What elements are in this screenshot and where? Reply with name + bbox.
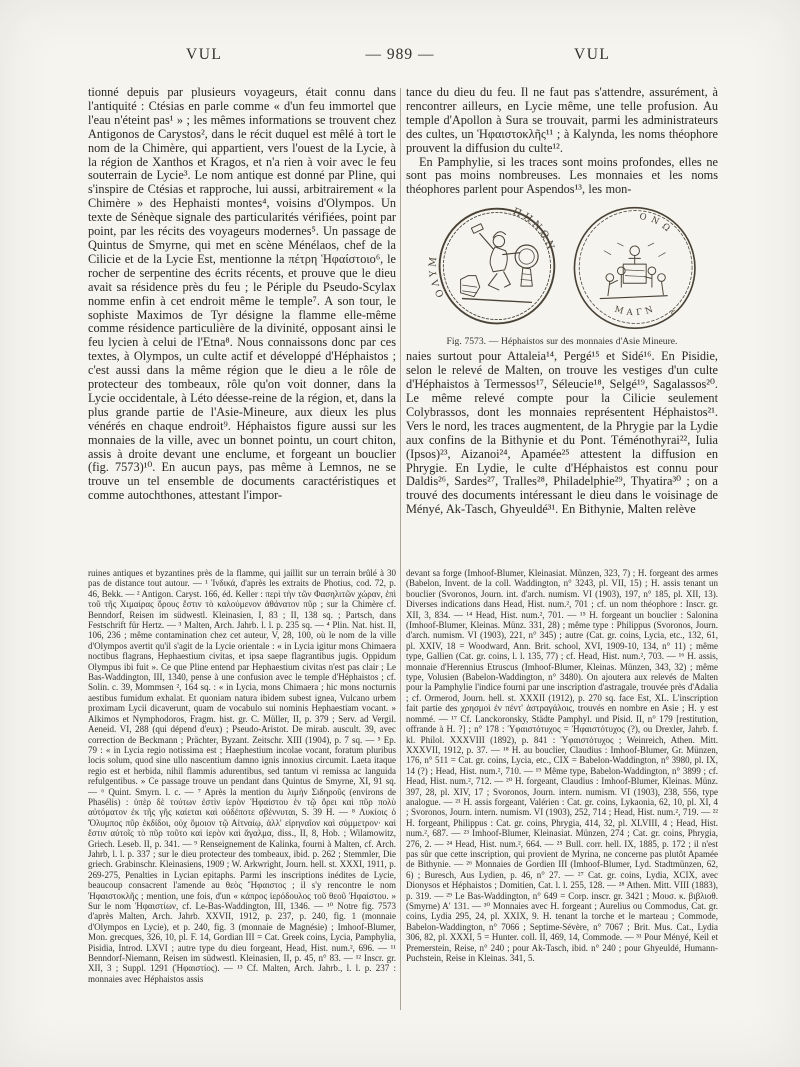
coin-left-engraving: ΟΛΥΜ ΠΗΝΩΝ — [427, 206, 556, 323]
svg-text:ΠΗΝΩΝ: ΠΗΝΩΝ — [511, 206, 557, 253]
coin-figure: ΟΛΥΜ ΠΗΝΩΝ — [406, 201, 718, 347]
figure-caption: Fig. 7573. — Héphaistos sur des monnaies… — [406, 336, 718, 347]
running-title-right: VUL — [574, 46, 610, 64]
footnotes-left-column: ruines antiques et byzantines près de la… — [88, 568, 396, 984]
article-body-right-1: tance du dieu du feu. Il ne faut pas s'a… — [406, 86, 718, 156]
article-body-left: tionné depuis par plusieurs voyageurs, é… — [88, 86, 396, 503]
coin-right-engraver-mark: ε — [671, 307, 675, 316]
left-text-column: tionné depuis par plusieurs voyageurs, é… — [88, 86, 396, 503]
coin-left-legend-right: ΠΗΝΩΝ — [511, 206, 557, 253]
running-title-left: VUL — [186, 46, 222, 64]
column-divider-rule — [400, 88, 401, 1010]
coins-engraving-image: ΟΛΥΜ ΠΗΝΩΝ — [406, 201, 718, 333]
coin-right-legend-top: ΟΝΩ — [638, 212, 675, 237]
svg-text:ΟΝΩ: ΟΝΩ — [638, 212, 675, 237]
right-text-column: tance du dieu du feu. Il ne faut pas s'a… — [406, 86, 718, 517]
coin-right-engraving: ΟΝΩ ΜΑΓΝ — [574, 208, 695, 329]
article-body-right-2: En Pamphylie, si les traces sont moins p… — [406, 156, 718, 198]
page-number: — 989 — — [0, 46, 800, 64]
svg-text:ΜΑΓΝ: ΜΑΓΝ — [613, 304, 658, 319]
coin-right-legend-bottom: ΜΑΓΝ — [613, 304, 658, 319]
article-body-right-3: naies surtout pour Attaleia¹⁴, Pergé¹⁵ e… — [406, 350, 718, 517]
footnotes-right-column: devant sa forge (Imhoof-Blumer, Kleinasi… — [406, 568, 718, 963]
scanned-dictionary-page: — 989 — VUL VUL tionné depuis par plusie… — [0, 0, 800, 1067]
